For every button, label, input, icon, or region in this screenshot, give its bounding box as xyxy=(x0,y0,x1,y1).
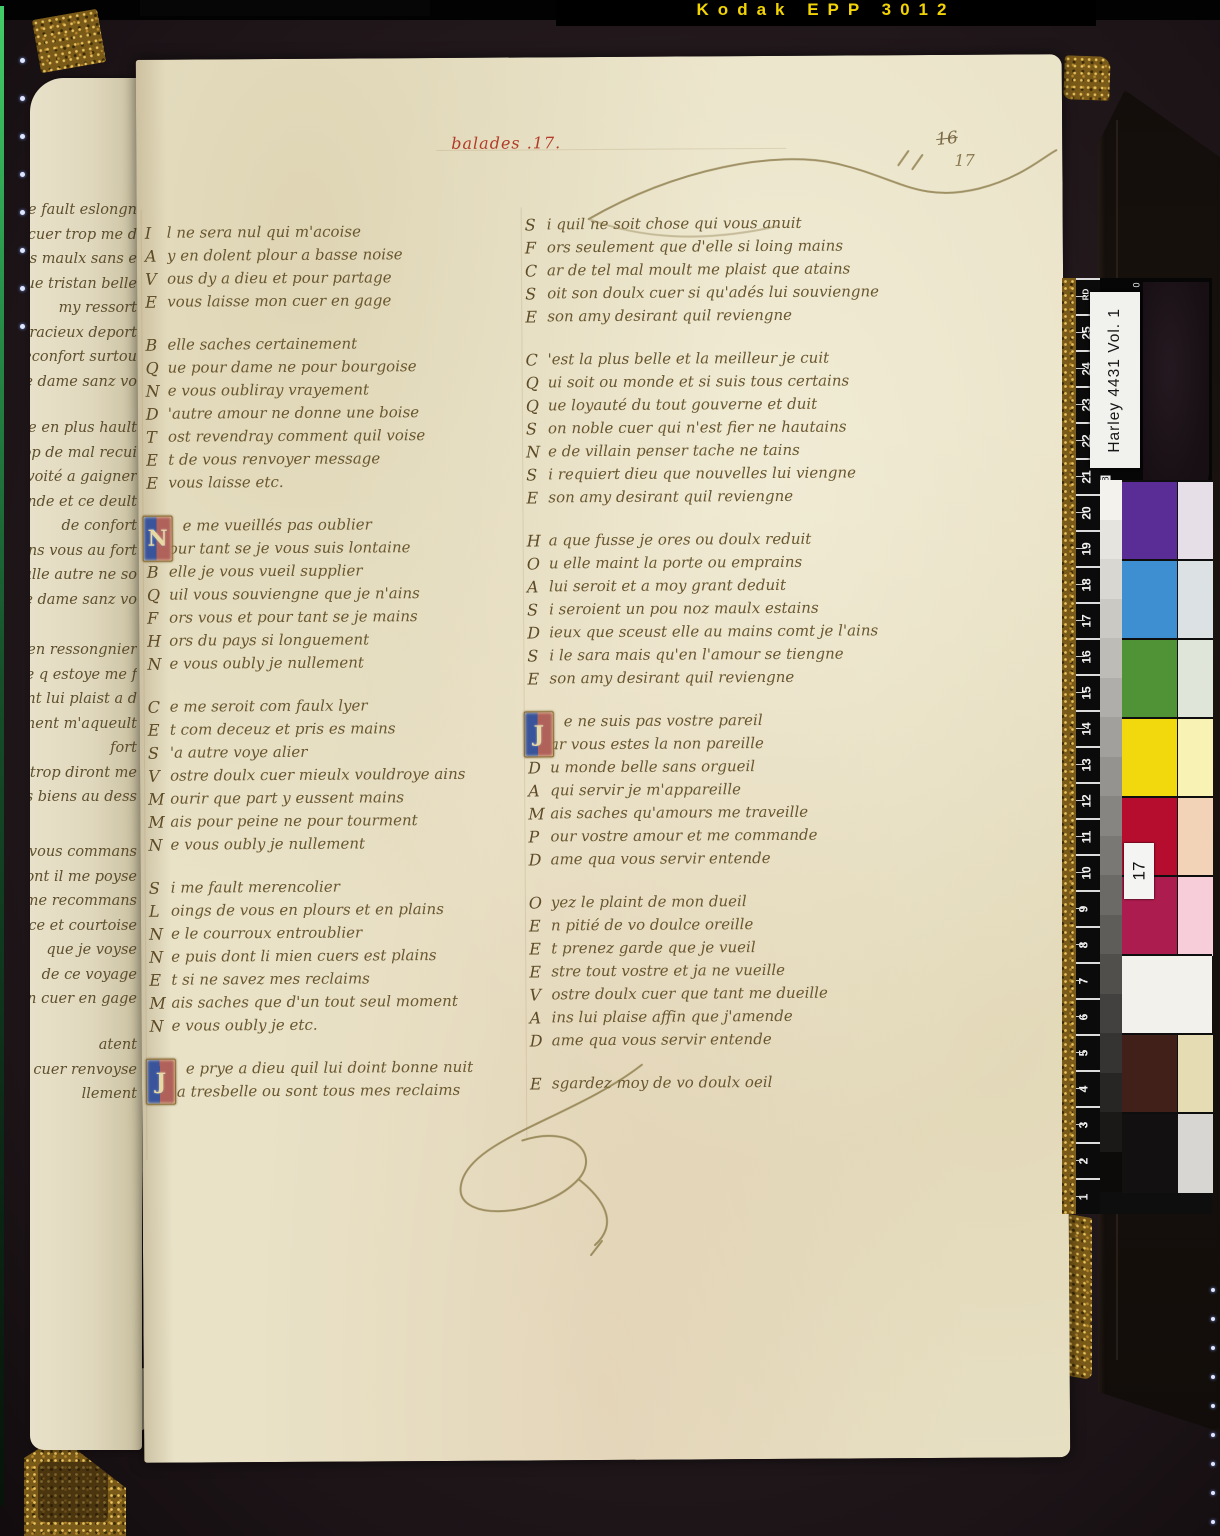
verse-text: n pitié de vo doulce oreille xyxy=(551,912,999,938)
verse-initial: A xyxy=(527,575,549,598)
margin-fragment-line: ce dame sanz vo xyxy=(30,588,137,613)
ruler-cell: 19 xyxy=(1076,530,1100,568)
verse-line: e me vueillés pas oublier xyxy=(147,512,523,537)
ruler-cell: 17 xyxy=(1076,602,1100,640)
film-label-tab: Kodak EPP 3012 xyxy=(556,0,1096,26)
verse-initial: L xyxy=(149,900,171,923)
verse-initial: H xyxy=(147,630,169,653)
verse-initial: N xyxy=(148,834,170,857)
verse-initial: E xyxy=(526,486,548,509)
margin-fragment-line: ulce et courtoise xyxy=(30,914,137,939)
ruler-number: 16 xyxy=(1080,650,1094,663)
color-patch-tint xyxy=(1177,480,1213,561)
verse-line: Dame qua vous servir entende xyxy=(530,1027,1000,1053)
running-title: balades .17. xyxy=(451,133,561,153)
verse-line: Vostre doulx cuer mieulx vouldroye ains xyxy=(148,762,524,787)
ruler-number: 20 xyxy=(1080,506,1094,519)
margin-fragment-line: gracieux deport xyxy=(30,321,137,346)
verse-line: Du monde belle sans orgueil xyxy=(528,754,998,780)
ruler-number: 14 xyxy=(1080,722,1094,735)
margin-fragment-line: couvoité a gaigner xyxy=(30,465,137,490)
grayscale-step xyxy=(1100,836,1122,877)
color-patch xyxy=(1122,638,1177,719)
verse-initial: A xyxy=(530,1006,552,1029)
verse-line: En pitié de vo doulce oreille xyxy=(529,912,999,938)
stanza: Oyez le plaint de mon dueilEn pitié de v… xyxy=(529,889,1000,1053)
margin-fragment-line: llement xyxy=(30,1082,137,1107)
verse-text: u monde belle sans orgueil xyxy=(550,754,998,780)
verse-line: Mais pour peine ne pour tourment xyxy=(148,808,524,833)
sprocket-dot xyxy=(20,286,25,291)
verse-initial: F xyxy=(147,607,169,630)
stanza: Ha que fusse je ores ou doulx reduitOu e… xyxy=(527,527,998,691)
verse-line: Ne le courroux entroublier xyxy=(149,920,525,945)
margin-fragment-line: u trop de mal recui xyxy=(30,441,137,466)
verse-initial: C xyxy=(525,259,547,282)
verse-line: Et de vous renvoyer message xyxy=(146,446,522,471)
margin-fragment-line: nt se cuer trop me d xyxy=(30,223,137,248)
verse-initial: N xyxy=(526,440,548,463)
color-patch xyxy=(1122,717,1177,798)
dark-felt-swatch xyxy=(1143,282,1209,500)
verse-initial: N xyxy=(147,653,169,676)
gilt-corner-recess xyxy=(38,1462,108,1522)
verse-line: A qui servir je m'appareille xyxy=(528,777,998,803)
verse-line: Et si ne savez mes reclaims xyxy=(149,966,525,991)
margin-fragment-line: my ressort xyxy=(30,296,137,321)
verse-initial: Q xyxy=(526,394,548,417)
margin-fragment-group: dieu vous commanset dont il me poyseme r… xyxy=(30,840,142,1012)
ruler-cell: 5 xyxy=(1076,1034,1100,1072)
ruler-cell: 1 xyxy=(1076,1178,1100,1216)
verse-initial: N xyxy=(150,1015,172,1038)
verse-line: Mais saches que d'un tout seul moment xyxy=(149,989,525,1014)
verse-line: Ha que fusse je ores ou doulx reduit xyxy=(527,527,997,553)
verse-line: Belle saches certainement xyxy=(145,331,521,356)
grayscale-step xyxy=(1100,954,1122,995)
grayscale-step xyxy=(1100,1112,1122,1153)
verse-initial: S xyxy=(148,742,170,765)
verse-line: Tost revendray comment quil voise xyxy=(146,423,522,448)
verse-line: Ne vous oubliray vrayement xyxy=(146,377,522,402)
verse-line: Fors seulement que d'elle si loing mains xyxy=(525,234,995,260)
sprocket-dot xyxy=(20,172,25,177)
verse-text: ors du pays si longuement xyxy=(169,627,523,652)
verse-line: E vous laisse mon cuer en gage xyxy=(145,288,521,313)
verse-text: ors vous et pour tant se je mains xyxy=(169,604,523,629)
verse-initial: D xyxy=(527,621,549,644)
verse-initial: M xyxy=(148,811,170,834)
verse-initial: B xyxy=(145,334,167,357)
verse-line: Vostre doulx cuer que tant me dueille xyxy=(529,981,999,1007)
ruler-number: 21 xyxy=(1080,470,1094,483)
verse-text: elle je vous vueil supplier xyxy=(169,558,523,583)
illuminated-initial: J xyxy=(524,711,554,757)
margin-fragment-line: et dont il me poyse xyxy=(30,865,137,890)
verse-line: Estre tout vostre et ja ne vueille xyxy=(529,958,999,984)
verse-line: Pour vostre amour et me commande xyxy=(528,823,998,849)
color-patch-white xyxy=(1122,954,1212,1035)
sprocket-dot xyxy=(1211,1346,1215,1350)
verse-text: ins lui plaise affin que j'amende xyxy=(552,1004,1000,1030)
color-patch-tint xyxy=(1177,717,1213,798)
verse-text: elle saches certainement xyxy=(167,331,521,356)
verse-initial: B xyxy=(147,561,169,584)
verse-initial: O xyxy=(527,552,549,575)
grayscale-step xyxy=(1100,1033,1122,1074)
ruler-number: 5 xyxy=(1076,1050,1090,1057)
sprocket-dot xyxy=(20,134,25,139)
verse-text: t com deceuz et pris es mains xyxy=(170,716,524,741)
stanza: e ne suis pas vostre pareilJCar vous est… xyxy=(528,708,999,872)
sprocket-dot xyxy=(20,248,25,253)
color-patch-tint xyxy=(1177,875,1213,956)
verse-line: Ne vous oubly je etc. xyxy=(150,1012,526,1037)
verse-initial: E xyxy=(146,472,168,495)
stanza: C'est la plus belle et la meilleur je cu… xyxy=(525,346,996,510)
ruler-number: 18 xyxy=(1080,578,1094,591)
verse-text: e me vueillés pas oublier xyxy=(183,512,523,537)
ruler-cell: 2 xyxy=(1076,1142,1100,1180)
verse-line: Fors vous et pour tant se je mains xyxy=(147,604,523,629)
folio-chip-label: 17 xyxy=(1124,843,1154,899)
ruler-cell: 3 xyxy=(1076,1106,1100,1144)
verse-text: t si ne savez mes reclaims xyxy=(171,966,525,991)
color-patch xyxy=(1122,1033,1177,1114)
verse-text: uil vous souviengne que je n'ains xyxy=(169,581,523,606)
verse-line: Que pour dame ne pour bourgoise xyxy=(146,354,522,379)
margin-fragment-line: ne il me fault eslongn xyxy=(30,198,137,223)
sprocket-dot xyxy=(1211,1462,1215,1466)
verse-initial: I xyxy=(145,222,167,245)
verse-text: 'a autre voye alier xyxy=(170,739,524,764)
verse-text: ors seulement que d'elle si loing mains xyxy=(547,234,995,260)
verse-text: i seroient un pou noz maulx estains xyxy=(549,596,997,622)
verse-line: A la tresbelle ou sont tous mes reclaims xyxy=(150,1078,526,1103)
ruler-number: 17 xyxy=(1080,614,1094,627)
verse-line: E son amy desirant quil reviengne xyxy=(526,484,996,510)
verse-initial: E xyxy=(530,1072,552,1095)
verse-text: e vous oubly je nullement xyxy=(169,650,523,675)
verse-text: e vous oubliray vrayement xyxy=(168,377,522,402)
margin-fragment-line: ar nulle autre ne so xyxy=(30,563,137,588)
verse-line: Belle je vous vueil supplier xyxy=(147,558,523,583)
sprocket-dot xyxy=(1211,1375,1215,1379)
verse-line: Mourir que part y eussent mains xyxy=(148,785,524,810)
grayscale-step xyxy=(1100,678,1122,719)
sprocket-dot xyxy=(20,210,25,215)
color-patch-tint xyxy=(1177,796,1213,877)
verse-initial: M xyxy=(149,992,171,1015)
grayscale-step xyxy=(1100,915,1122,956)
ruler-cell: 8 xyxy=(1076,926,1100,964)
ruler-number: 13 xyxy=(1080,758,1094,771)
verse-text: ourir que part y eussent mains xyxy=(170,785,524,810)
gilt-corner-piece xyxy=(24,1436,126,1536)
verse-text: sgardez moy de vo doulx oeil xyxy=(552,1070,1000,1096)
color-patch xyxy=(1122,1112,1177,1193)
verse-text: i me fault merencolier xyxy=(171,874,525,899)
margin-fragment-line: faulde en plus hault xyxy=(30,416,137,441)
ruler-cell: 4 xyxy=(1076,1070,1100,1108)
ruler-cell: 20 xyxy=(1076,494,1100,532)
verse-line: Et com deceuz et pris es mains xyxy=(148,716,524,741)
verse-text: y en dolent plour a basse noise xyxy=(167,242,521,267)
verse-initial: S xyxy=(526,417,548,440)
grayscale-step xyxy=(1100,520,1122,561)
sprocket-dot xyxy=(20,324,25,329)
verse-text: son amy desirant quil reviengne xyxy=(547,303,995,329)
verse-line: A lui seroit et a moy grant deduit xyxy=(527,573,997,599)
verse-initial: Q xyxy=(147,584,169,607)
film-edge-artifact xyxy=(0,6,4,1506)
verse-line: E son amy desirant quil reviengne xyxy=(527,665,997,691)
margin-fragment-group: atentcuer renvoysellement xyxy=(30,1033,142,1107)
verse-line: Si seroient un pou noz maulx estains xyxy=(527,596,997,622)
grayscale-step xyxy=(1100,638,1122,679)
margin-fragment-line: cuer renvoyse xyxy=(30,1058,137,1083)
film-tab xyxy=(140,0,430,16)
verse-initial: M xyxy=(528,802,550,825)
verse-initial: D xyxy=(530,1029,552,1052)
verse-text: u elle maint la porte ou emprains xyxy=(549,550,997,576)
sprocket-dot xyxy=(1211,1520,1215,1524)
color-patch-grid xyxy=(1100,480,1212,1214)
ruler-number: 1 xyxy=(1076,1194,1090,1201)
folio-number: 17 xyxy=(954,151,974,170)
verse-initial: E xyxy=(148,719,170,742)
verse-text: i requiert dieu que nouvelles lui viengn… xyxy=(548,461,996,487)
verse-text: la tresbelle ou sont tous mes reclaims xyxy=(172,1078,526,1103)
margin-fragment-line: ur sans vous au fort xyxy=(30,539,137,564)
verse-initial: N xyxy=(146,380,168,403)
margin-fragment-group: y bien ressongnieray ce q estoye me fqua… xyxy=(30,638,142,810)
gilt-page-edge-top xyxy=(1063,55,1111,101)
verse-text: e me seroit com faulx lyer xyxy=(170,693,524,718)
grayscale-step xyxy=(1100,559,1122,600)
stanza: Si quil ne soit chose qui vous anuitFors… xyxy=(525,211,996,329)
verse-line: Et prenez garde que je vueil xyxy=(529,935,999,961)
verse-initial: E xyxy=(529,960,551,983)
folio-number-struck: 16 xyxy=(935,128,959,150)
verse-text: son amy desirant quil reviengne xyxy=(548,484,996,510)
verse-line: Dieux que sceust elle au mains comt je l… xyxy=(527,619,997,645)
grayscale-step xyxy=(1100,796,1122,837)
stanza: Belle saches certainementQue pour dame n… xyxy=(145,331,522,494)
verse-initial: V xyxy=(148,765,170,788)
verse-line: Il ne sera nul qui m'acoise xyxy=(145,219,521,244)
stanza: Il ne sera nul qui m'acoiseAy en dolent … xyxy=(145,219,522,313)
verse-text: ar vous estes la non pareille xyxy=(550,731,998,757)
margin-fragment-line: our trop diront me xyxy=(30,761,137,786)
ruler-cell: 9 xyxy=(1076,890,1100,928)
verse-initial: S xyxy=(526,463,548,486)
verse-text: our tant se je vous suis lontaine xyxy=(169,535,523,560)
verse-initial: E xyxy=(146,449,168,472)
manuscript-page: balades .17. 16 17 Il ne sera nul qui m'… xyxy=(136,54,1071,1463)
ruler-number: 12 xyxy=(1080,794,1094,807)
verse-line: e prye a dieu quil lui doint bonne nuit xyxy=(150,1055,526,1080)
verse-line: D'autre amour ne donne une boise xyxy=(146,400,522,425)
verse-line: Soit son doulx cuer si qu'adés lui souvi… xyxy=(525,280,995,306)
verse-line: Car vous estes la non pareille xyxy=(528,731,998,757)
verse-initial: P xyxy=(528,825,550,848)
margin-fragment-line: tous maulx sans e xyxy=(30,247,137,272)
illuminated-initial: J xyxy=(146,1059,176,1105)
verse-initial: C xyxy=(148,696,170,719)
text-column-right: Si quil ne soit chose qui vous anuitFors… xyxy=(525,211,1001,1116)
verse-initial: N xyxy=(149,946,171,969)
sprocket-dot xyxy=(20,58,25,63)
verse-text: our vostre amour et me commande xyxy=(550,823,998,849)
verse-line: Mais saches qu'amours me traveille xyxy=(528,800,998,826)
verse-initial: E xyxy=(529,914,551,937)
verse-line: Si me fault merencolier xyxy=(149,874,525,899)
verse-text: i quil ne soit chose qui vous anuit xyxy=(547,211,995,237)
verse-text: ame qua vous servir entende xyxy=(551,846,999,872)
ruler-number: 7 xyxy=(1076,978,1090,985)
stanza: Esgardez moy de vo doulx oeil xyxy=(530,1070,1000,1096)
verse-text: ost revendray comment quil voise xyxy=(168,423,522,448)
stanza: Ce me seroit com faulx lyerEt com deceuz… xyxy=(148,693,525,856)
grayscale-step xyxy=(1100,875,1122,916)
verse-line: Vous dy a dieu et pour partage xyxy=(145,265,521,290)
verse-initial: S xyxy=(527,598,549,621)
verse-initial: Q xyxy=(526,371,548,394)
verse-initial: A xyxy=(145,245,167,268)
ruler-number: 15 xyxy=(1080,686,1094,699)
illuminated-initial: N xyxy=(143,516,173,562)
verse-text: ostre doulx cuer mieulx vouldroye ains xyxy=(170,762,524,787)
verse-line: Ne puis dont li mien cuers est plains xyxy=(149,943,525,968)
grayscale-step xyxy=(1100,599,1122,640)
verse-initial: V xyxy=(529,983,551,1006)
margin-fragment-line: demande et ce deult xyxy=(30,490,137,515)
verse-initial: T xyxy=(146,426,168,449)
verse-text: oit son doulx cuer si qu'adés lui souvie… xyxy=(547,280,995,306)
margin-fragment-line: e tous biens au dess xyxy=(30,785,137,810)
grayscale-step xyxy=(1100,757,1122,798)
ruler-number: 3 xyxy=(1076,1122,1090,1129)
gilt-tooling-top-left xyxy=(32,9,106,74)
verse-initial: Q xyxy=(146,357,168,380)
verse-text: e puis dont li mien cuers est plains xyxy=(171,943,525,968)
ruler-cell: 15 xyxy=(1076,674,1100,712)
ruler-number: 4 xyxy=(1076,1086,1090,1093)
verse-line: Ne vous oubly je nullement xyxy=(148,831,524,856)
verse-line: E vous laisse etc. xyxy=(146,469,522,494)
ruler-cell: 12 xyxy=(1076,782,1100,820)
color-calibration-bar: RD25242322212019181716151413121110987654… xyxy=(1062,278,1212,1214)
verse-line: Ains lui plaise affin que j'amende xyxy=(530,1004,1000,1030)
color-patch-tint xyxy=(1177,638,1213,719)
sprocket-dot xyxy=(1211,1404,1215,1408)
verse-initial: N xyxy=(149,923,171,946)
verse-text: vous laisse mon cuer en gage xyxy=(167,288,521,313)
verse-text: son amy desirant quil reviengne xyxy=(549,665,997,691)
verse-initial: E xyxy=(527,667,549,690)
verse-line: E son amy desirant quil reviengne xyxy=(525,303,995,329)
ruler-number: 9 xyxy=(1076,906,1090,913)
verse-text: e de villain penser tache ne tains xyxy=(548,438,996,464)
color-patch xyxy=(1122,480,1177,561)
stanza: e prye a dieu quil lui doint bonne nuitJ… xyxy=(150,1055,526,1103)
verse-initial: D xyxy=(528,756,550,779)
verse-line: Si quil ne soit chose qui vous anuit xyxy=(525,211,995,237)
verse-text: qui servir je m'appareille xyxy=(550,777,998,803)
gilt-text-block-edge xyxy=(1062,278,1076,1214)
verse-initial: M xyxy=(148,788,170,811)
verse-initial: V xyxy=(145,268,167,291)
text-column-left: Il ne sera nul qui m'acoiseAy en dolent … xyxy=(145,219,527,1123)
verse-initial: A xyxy=(528,779,550,802)
verse-line: C'est la plus belle et la meilleur je cu… xyxy=(525,346,995,372)
verse-text: ais pour peine ne pour tourment xyxy=(170,808,524,833)
film-stock-label: Kodak EPP 3012 xyxy=(697,0,956,20)
ruler-cell: 11 xyxy=(1076,818,1100,856)
verse-text: ais saches qu'amours me traveille xyxy=(550,800,998,826)
sprocket-dot xyxy=(1211,1433,1215,1437)
margin-fragment-line: atent xyxy=(30,1033,137,1058)
verse-initial: S xyxy=(527,644,549,667)
verse-text: i le sara mais qu'en l'amour se tiengne xyxy=(549,642,997,668)
ruler-cell: 14 xyxy=(1076,710,1100,748)
verse-initial: F xyxy=(525,236,547,259)
verse-line: Son noble cuer qui n'est fier ne hautain… xyxy=(526,415,996,441)
verse-text: stre tout vostre et ja ne vueille xyxy=(551,958,999,984)
verse-text: yez le plaint de mon dueil xyxy=(551,889,999,915)
verse-text: t prenez garde que je vueil xyxy=(551,935,999,961)
ruler-cell: 6 xyxy=(1076,998,1100,1036)
verse-text: e vous oubly je nullement xyxy=(170,831,524,856)
verse-initial: E xyxy=(149,969,171,992)
margin-fragment-line: de ce voyage xyxy=(30,963,137,988)
ruler-cell: 18 xyxy=(1076,566,1100,604)
verse-line: Dame qua vous servir entende xyxy=(529,846,999,872)
verse-line: Si requiert dieu que nouvelles lui vieng… xyxy=(526,461,996,487)
margin-fragment-group: faulde en plus haultu trop de mal recuic… xyxy=(30,416,142,612)
verse-text: l ne sera nul qui m'acoise xyxy=(167,219,521,244)
verse-text: on noble cuer qui n'est fier ne hautains xyxy=(548,415,996,441)
color-patch-tint xyxy=(1177,1033,1213,1114)
manuscript-photo: Kodak EPP 3012 ne il me fault eslongnnt … xyxy=(0,0,1220,1536)
grayscale-step xyxy=(1100,480,1122,521)
verse-text: ostre doulx cuer que tant me dueille xyxy=(551,981,999,1007)
grayscale-step xyxy=(1100,717,1122,758)
verse-line: Pour tant se je vous suis lontaine xyxy=(147,535,523,560)
verse-line: Hors du pays si longuement xyxy=(147,627,523,652)
margin-fragment-group: ne il me fault eslongnnt se cuer trop me… xyxy=(30,198,142,394)
stanza: Si me fault merencolierLoings de vous en… xyxy=(149,874,526,1037)
ruler-number: 8 xyxy=(1076,942,1090,949)
ruler-number: RD xyxy=(1081,289,1090,301)
micro-label-zero: 0 xyxy=(1132,282,1142,287)
verse-initial: D xyxy=(529,848,551,871)
verse-text: e le courroux entroublier xyxy=(171,920,525,945)
ruler-number: 11 xyxy=(1079,831,1093,844)
verse-initial: D xyxy=(146,403,168,426)
verse-text: a que fusse je ores ou doulx reduit xyxy=(549,527,997,553)
margin-fragment-line: on cuer en gage xyxy=(30,987,137,1012)
sprocket-dot xyxy=(1211,1317,1215,1321)
verse-initial: H xyxy=(527,529,549,552)
margin-fragment-line: fort xyxy=(30,736,137,761)
verse-line: Qui soit ou monde et si suis tous certai… xyxy=(526,369,996,395)
verse-initial: S xyxy=(525,282,547,305)
verse-text: e ne suis pas vostre pareil xyxy=(564,708,998,734)
verse-initial: S xyxy=(149,877,171,900)
verse-line: Ce me seroit com faulx lyer xyxy=(148,693,524,718)
